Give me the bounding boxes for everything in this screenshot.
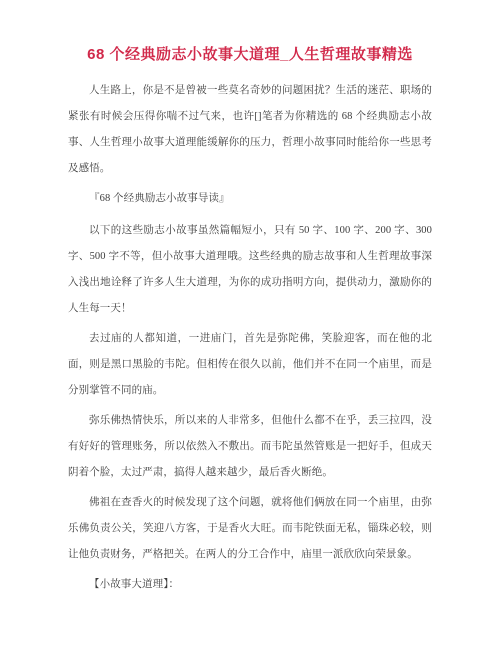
paragraph-overview: 以下的这些励志小故事虽然篇幅短小，只有 50 字、100 字、200 字、300…: [68, 218, 432, 322]
document-title: 68 个经典励志小故事大道理_人生哲理故事精选: [68, 45, 432, 65]
paragraph-intro: 人生路上，你是不是曾被一些莫名奇妙的问题困扰？生活的迷茫、职场的紧张有时候会压得…: [68, 78, 432, 182]
paragraph-moral-heading: 【小故事大道理】：: [68, 572, 432, 598]
paragraph-guide-heading: 『68 个经典励志小故事导读』: [68, 186, 432, 212]
document-page: 68 个经典励志小故事大道理_人生哲理故事精选 人生路上，你是不是曾被一些莫名奇…: [0, 0, 500, 647]
paragraph-story-3: 佛祖在查香火的时候发现了这个问题，就将他们俩放在同一个庙里，由弥乐佛负责公关，笑…: [68, 490, 432, 568]
paragraph-story-2: 弥乐佛热情快乐，所以来的人非常多，但他什么都不在乎，丢三拉四，没有好好的管理账务…: [68, 408, 432, 486]
paragraph-story-1: 去过庙的人都知道，一进庙门，首先是弥陀佛，笑脸迎客，而在他的北面，则是黑口黑脸的…: [68, 326, 432, 404]
